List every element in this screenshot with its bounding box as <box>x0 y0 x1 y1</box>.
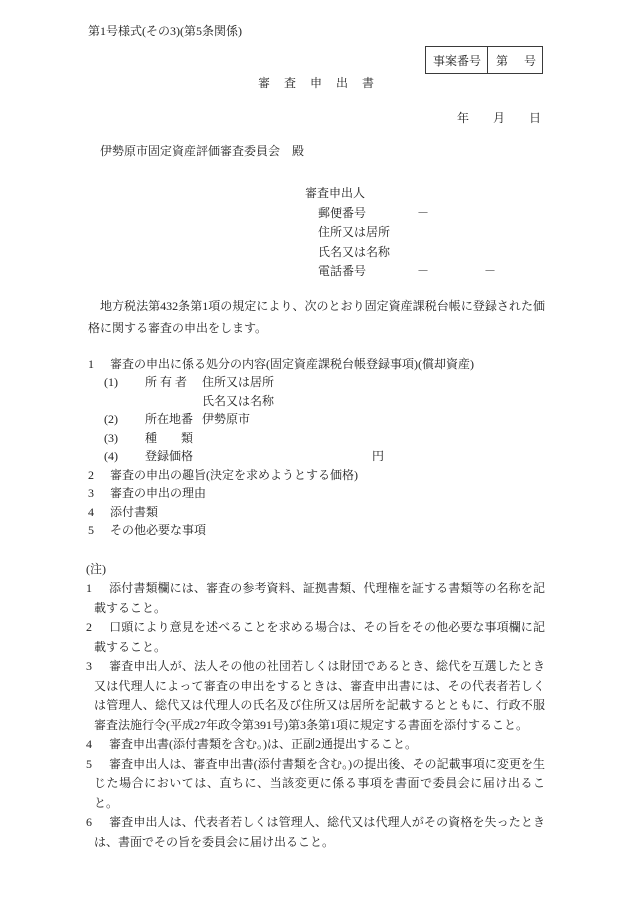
day-label: 日 <box>529 111 541 125</box>
sub-number: (2) <box>104 410 145 429</box>
sub-number: (4) <box>104 447 145 466</box>
item-number: 1 <box>88 355 110 374</box>
notes-section: (注) 1添付書類欄には、審査の参考資料、証拠書類、代理権を証する書類等の名称を… <box>86 560 545 853</box>
date-line: 年 月 日 <box>88 111 545 125</box>
owner-address-line: 住所又は居所 <box>202 373 274 392</box>
body-paragraph: 地方税法第432条第1項の規定により、次のとおり固定資産課税台帳に登録された価格… <box>88 295 545 339</box>
month-label: 月 <box>493 111 505 125</box>
yen-unit-label: 円 <box>372 447 384 466</box>
location-value: 伊勢原市 <box>202 410 250 429</box>
owner-label: 所 有 者 <box>145 373 202 410</box>
item-number: 2 <box>88 466 110 485</box>
price-blank-space <box>202 447 372 466</box>
main-items-list: 1 審査の申出に係る処分の内容(固定資産課税台帳登録事項)(償却資産) (1) … <box>88 355 545 540</box>
note-item-6: 6審査申出人は、代表者若しくは管理人、総代又は代理人がその資格を失ったときは、書… <box>86 813 545 852</box>
note-number: 1 <box>86 581 92 595</box>
item-text: その他必要な事項 <box>110 521 206 540</box>
list-item-3: 3 審査の申出の理由 <box>88 484 545 503</box>
note-text: 審査申出人が、法人その他の社団若しくは財団であるとき、総代を互選したとき又は代理… <box>94 659 545 732</box>
registered-price-label: 登録価格 <box>145 447 202 466</box>
note-text: 審査申出人は、代表者若しくは管理人、総代又は代理人がその資格を失ったときは、書面… <box>94 815 545 849</box>
phone-dash-2: － <box>484 262 496 282</box>
type-label: 種 類 <box>145 429 202 448</box>
address-label: 住所又は居所 <box>318 223 417 243</box>
note-number: 4 <box>86 737 92 751</box>
review-request-form-page: 第1号様式(その3)(第5条関係) 事案番号 第 号 審 査 申 出 書 年 月… <box>0 0 630 903</box>
note-item-2: 2口頭により意見を述べることを求める場合は、その旨をその他必要な事項欄に記載する… <box>86 618 545 657</box>
applicant-row-phone: 電話番号 － － <box>305 262 545 282</box>
note-text: 審査申出書(添付書類を含む。)は、正副2通提出すること。 <box>109 737 417 751</box>
sub-item-registered-price: (4) 登録価格 円 <box>88 447 545 466</box>
phone-dash-1: － <box>417 262 429 282</box>
list-item-4: 4 添付書類 <box>88 503 545 522</box>
applicant-row-address: 住所又は居所 <box>305 223 545 243</box>
note-text: 口頭により意見を述べることを求める場合は、その旨をその他必要な事項欄に記載するこ… <box>94 620 545 654</box>
item-text: 添付書類 <box>110 503 158 522</box>
note-item-1: 1添付書類欄には、審査の参考資料、証拠書類、代理権を証する書類等の名称を記載する… <box>86 579 545 618</box>
addressee: 伊勢原市固定資産評価審査委員会 殿 <box>100 144 545 158</box>
name-label: 氏名又は名称 <box>318 243 417 263</box>
applicant-heading: 審査申出人 <box>305 184 545 204</box>
form-style-label: 第1号様式(その3)(第5条関係) <box>88 24 545 38</box>
sub-number: (3) <box>104 429 145 448</box>
case-number-label: 事案番号 <box>426 47 488 73</box>
item-text: 審査の申出の趣旨(決定を求めようとする価格) <box>110 466 358 485</box>
case-number-suffix: 号 <box>524 52 536 69</box>
sub-item-location: (2) 所在地番 伊勢原市 <box>88 410 545 429</box>
owner-value-lines: 住所又は居所 氏名又は名称 <box>202 373 274 410</box>
note-number: 6 <box>86 815 92 829</box>
list-item-2: 2 審査の申出の趣旨(決定を求めようとする価格) <box>88 466 545 485</box>
location-label: 所在地番 <box>145 410 202 429</box>
document-title: 審 査 申 出 書 <box>88 76 545 90</box>
applicant-row-name: 氏名又は名称 <box>305 243 545 263</box>
case-number-prefix: 第 <box>496 52 508 69</box>
note-number: 3 <box>86 659 92 673</box>
item-text: 審査の申出の理由 <box>110 484 206 503</box>
owner-name-line: 氏名又は名称 <box>202 392 274 411</box>
sub-number: (1) <box>104 373 145 410</box>
year-label: 年 <box>457 111 469 125</box>
notes-heading: (注) <box>86 560 545 580</box>
case-number-value: 第 号 <box>488 47 542 73</box>
note-item-3: 3審査申出人が、法人その他の社団若しくは財団であるとき、総代を互選したとき又は代… <box>86 657 545 735</box>
postal-code-dash: － <box>417 204 429 224</box>
applicant-row-postal: 郵便番号 － <box>305 204 545 224</box>
postal-code-label: 郵便番号 <box>318 204 417 224</box>
applicant-block: 審査申出人 郵便番号 － 住所又は居所 氏名又は名称 電話番号 － － <box>305 184 545 282</box>
note-text: 審査申出人は、審査申出書(添付書類を含む。)の提出後、その記載事項に変更を生じた… <box>94 757 545 810</box>
phone-label: 電話番号 <box>318 262 417 282</box>
case-number-box: 事案番号 第 号 <box>425 46 543 74</box>
note-item-4: 4審査申出書(添付書類を含む。)は、正副2通提出すること。 <box>86 735 545 755</box>
item-number: 4 <box>88 503 110 522</box>
sub-item-type: (3) 種 類 <box>88 429 545 448</box>
item-number: 5 <box>88 521 110 540</box>
note-text: 添付書類欄には、審査の参考資料、証拠書類、代理権を証する書類等の名称を記載するこ… <box>94 581 545 615</box>
note-item-5: 5審査申出人は、審査申出書(添付書類を含む。)の提出後、その記載事項に変更を生じ… <box>86 755 545 814</box>
note-number: 5 <box>86 757 92 771</box>
list-item-5: 5 その他必要な事項 <box>88 521 545 540</box>
item-text: 審査の申出に係る処分の内容(固定資産課税台帳登録事項)(償却資産) <box>110 355 474 374</box>
item-number: 3 <box>88 484 110 503</box>
note-number: 2 <box>86 620 92 634</box>
list-item-1: 1 審査の申出に係る処分の内容(固定資産課税台帳登録事項)(償却資産) <box>88 355 545 374</box>
sub-item-owner: (1) 所 有 者 住所又は居所 氏名又は名称 <box>88 373 545 410</box>
